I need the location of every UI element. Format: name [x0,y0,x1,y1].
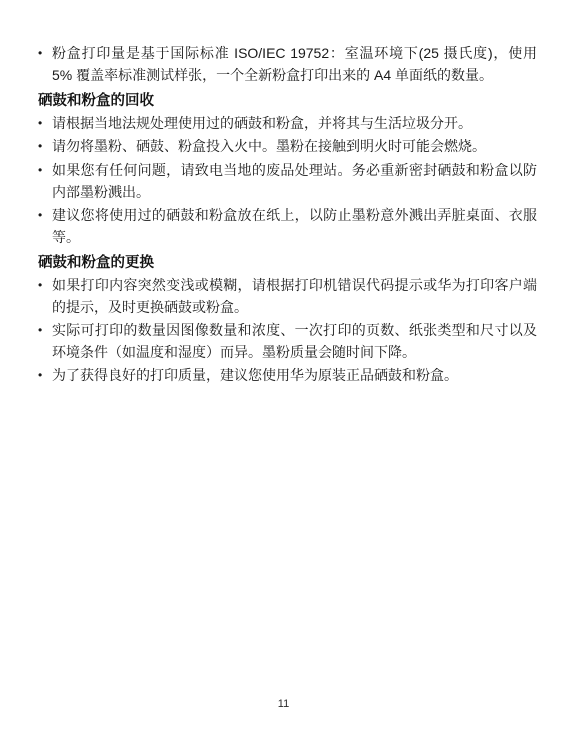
section-heading-recycle: 硒鼓和粉盒的回收 [38,91,537,113]
list-item: • 请根据当地法规处理使用过的硒鼓和粉盒，并将其与生活垃圾分开。 [38,113,537,135]
bullet-text: 请根据当地法规处理使用过的硒鼓和粉盒，并将其与生活垃圾分开。 [52,113,537,135]
bullet-icon: • [38,43,52,65]
bullet-text: 建议您将使用过的硒鼓和粉盒放在纸上，以防止墨粉意外溅出弄脏桌面、衣服等。 [52,205,537,248]
replace-bullet-list: • 如果打印内容突然变浅或模糊，请根据打印机错误代码提示或华为打印客户端的提示，… [38,275,537,387]
page-number: 11 [0,699,567,710]
manual-page: • 粉盒打印量是基于国际标准 ISO/IEC 19752：室温环境下(25 摄氏… [0,0,567,737]
list-item: • 粉盒打印量是基于国际标准 ISO/IEC 19752：室温环境下(25 摄氏… [38,43,537,86]
bullet-icon: • [38,160,52,182]
list-item: • 如果打印内容突然变浅或模糊，请根据打印机错误代码提示或华为打印客户端的提示，… [38,275,537,318]
bullet-text: 粉盒打印量是基于国际标准 ISO/IEC 19752：室温环境下(25 摄氏度)… [52,43,537,86]
bullet-text: 实际可打印的数量因图像数量和浓度、一次打印的页数、纸张类型和尺寸以及环境条件（如… [52,320,537,363]
bullet-icon: • [38,205,52,227]
page-content: • 粉盒打印量是基于国际标准 ISO/IEC 19752：室温环境下(25 摄氏… [38,43,537,389]
bullet-icon: • [38,320,52,342]
bullet-icon: • [38,136,52,158]
list-item: • 如果您有任何问题，请致电当地的废品处理站。务必重新密封硒鼓和粉盒以防内部墨粉… [38,160,537,203]
bullet-icon: • [38,113,52,135]
recycle-bullet-list: • 请根据当地法规处理使用过的硒鼓和粉盒，并将其与生活垃圾分开。 • 请勿将墨粉… [38,113,537,249]
list-item: • 建议您将使用过的硒鼓和粉盒放在纸上，以防止墨粉意外溅出弄脏桌面、衣服等。 [38,205,537,248]
bullet-icon: • [38,365,52,387]
bullet-text: 如果您有任何问题，请致电当地的废品处理站。务必重新密封硒鼓和粉盒以防内部墨粉溅出… [52,160,537,203]
section-heading-replace: 硒鼓和粉盒的更换 [38,253,537,275]
list-item: • 实际可打印的数量因图像数量和浓度、一次打印的页数、纸张类型和尺寸以及环境条件… [38,320,537,363]
bullet-text: 为了获得良好的打印质量，建议您使用华为原装正品硒鼓和粉盒。 [52,365,537,387]
bullet-icon: • [38,275,52,297]
intro-bullet-list: • 粉盒打印量是基于国际标准 ISO/IEC 19752：室温环境下(25 摄氏… [38,43,537,86]
list-item: • 请勿将墨粉、硒鼓、粉盒投入火中。墨粉在接触到明火时可能会燃烧。 [38,136,537,158]
bullet-text: 如果打印内容突然变浅或模糊，请根据打印机错误代码提示或华为打印客户端的提示，及时… [52,275,537,318]
list-item: • 为了获得良好的打印质量，建议您使用华为原装正品硒鼓和粉盒。 [38,365,537,387]
bullet-text: 请勿将墨粉、硒鼓、粉盒投入火中。墨粉在接触到明火时可能会燃烧。 [52,136,537,158]
